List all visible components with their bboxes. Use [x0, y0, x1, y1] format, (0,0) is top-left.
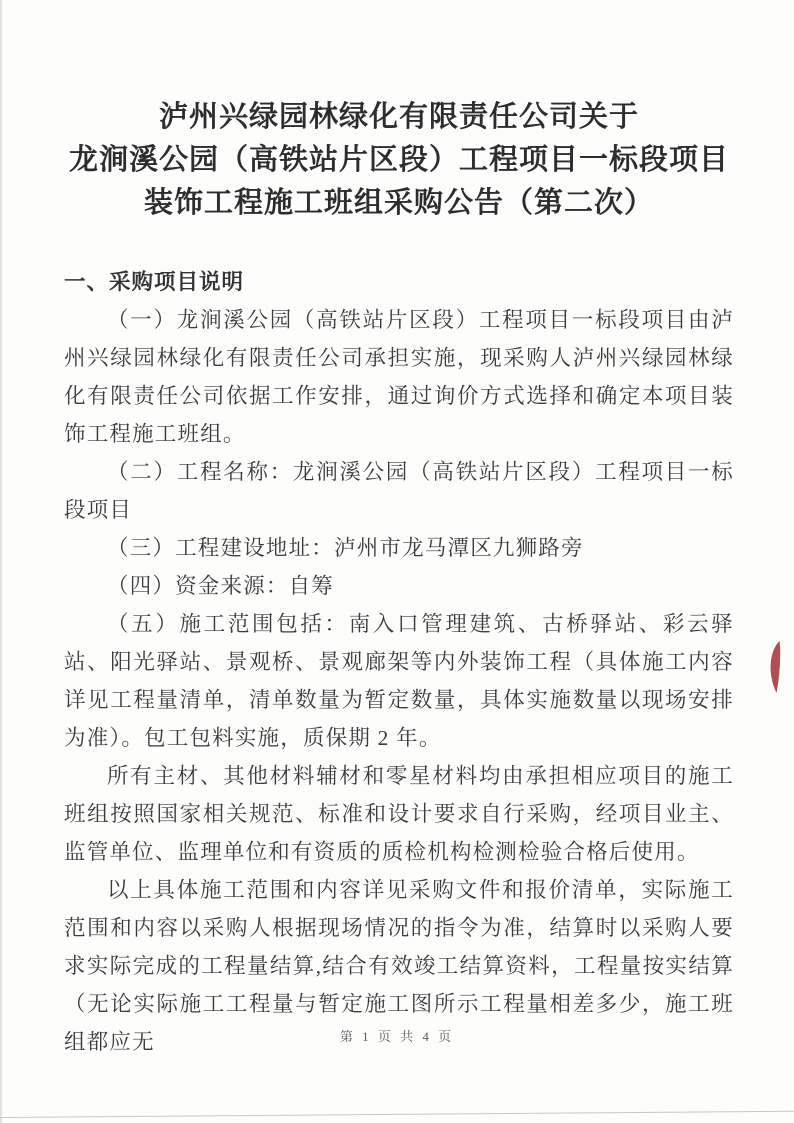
scan-left-edge-artifact: [0, 0, 3, 1123]
paragraph-6: 所有主材、其他材料辅材和零星材料均由承担相应项目的施工班组按照国家相关规范、标准…: [64, 757, 734, 871]
scan-bottom-edge-artifact: [0, 1111, 794, 1118]
title-line-1: 泸州兴绿园林绿化有限责任公司关于: [64, 96, 734, 139]
document-content: 泸州兴绿园林绿化有限责任公司关于 龙涧溪公园（高铁站片区段）工程项目一标段项目 …: [64, 0, 734, 1061]
document-page: 泸州兴绿园林绿化有限责任公司关于 龙涧溪公园（高铁站片区段）工程项目一标段项目 …: [0, 0, 794, 1123]
red-ink-mark: [766, 641, 782, 693]
paragraph-3: （三）工程建设地址：泸州市龙马潭区九狮路旁: [64, 529, 734, 567]
section-heading: 一、采购项目说明: [64, 263, 734, 301]
document-title: 泸州兴绿园林绿化有限责任公司关于 龙涧溪公园（高铁站片区段）工程项目一标段项目 …: [64, 96, 734, 225]
title-line-2: 龙涧溪公园（高铁站片区段）工程项目一标段项目: [64, 139, 734, 182]
paragraph-2: （二）工程名称：龙涧溪公园（高铁站片区段）工程项目一标段项目: [64, 453, 734, 529]
page-number: 第 1 页 共 4 页: [0, 1026, 794, 1045]
paragraph-1: （一）龙涧溪公园（高铁站片区段）工程项目一标段项目由泸州兴绿园林绿化有限责任公司…: [64, 301, 734, 453]
title-line-3: 装饰工程施工班组采购公告（第二次）: [64, 182, 734, 225]
paragraph-5: （五）施工范围包括：南入口管理建筑、古桥驿站、彩云驿站、阳光驿站、景观桥、景观廊…: [64, 605, 734, 757]
paragraph-4: （四）资金来源：自筹: [64, 567, 734, 605]
